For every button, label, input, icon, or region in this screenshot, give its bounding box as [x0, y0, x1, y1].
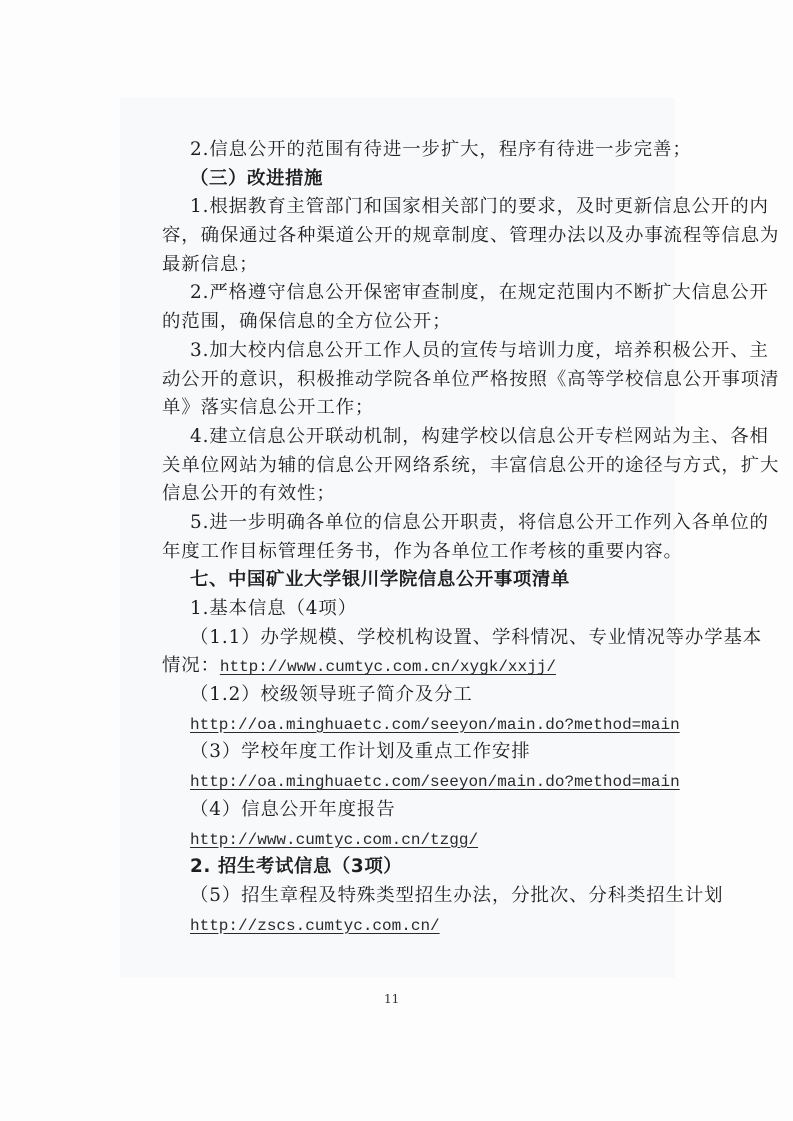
text-line: 最新信息；: [162, 251, 618, 280]
text-line: 5.进一步明确各单位的信息公开职责，将信息公开工作列入各单位的: [162, 509, 618, 538]
link-line: http://zscs.cumtyc.com.cn/: [162, 911, 618, 940]
text-line: （3）学校年度工作计划及重点工作安排: [162, 738, 618, 767]
text-line: 动公开的意识，积极推动学院各单位严格按照《高等学校信息公开事项清: [162, 366, 618, 395]
text-line: 信息公开的有效性；: [162, 480, 618, 509]
text-line: 2.严格遵守信息公开保密审查制度，在规定范围内不断扩大信息公开: [162, 279, 618, 308]
link-line: http://www.cumtyc.com.cn/tzgg/: [162, 825, 618, 854]
url-link[interactable]: http://zscs.cumtyc.com.cn/: [190, 917, 440, 935]
text-line: 容，确保通过各种渠道公开的规章制度、管理办法以及办事流程等信息为: [162, 222, 618, 251]
text-line: 单》落实信息公开工作；: [162, 394, 618, 423]
subsection-heading-admissions: 2. 招生考试信息（3项）: [162, 853, 618, 882]
url-link[interactable]: http://oa.minghuaetc.com/seeyon/main.do?…: [190, 716, 680, 734]
section-heading-improvements: （三）改进措施: [162, 165, 618, 194]
text-line-with-link: 情况：http://www.cumtyc.com.cn/xygk/xxjj/: [162, 652, 618, 681]
link-line: http://oa.minghuaetc.com/seeyon/main.do?…: [162, 710, 618, 739]
text-line: 年度工作目标管理任务书，作为各单位工作考核的重要内容。: [162, 538, 618, 567]
link-line: http://oa.minghuaetc.com/seeyon/main.do?…: [162, 767, 618, 796]
text-line: （1.2）校级领导班子简介及分工: [162, 681, 618, 710]
document-page: 2.信息公开的范围有待进一步扩大，程序有待进一步完善； （三）改进措施 1.根据…: [162, 136, 618, 939]
text-line: 3.加大校内信息公开工作人员的宣传与培训力度，培养积极公开、主: [162, 337, 618, 366]
url-link[interactable]: http://www.cumtyc.com.cn/xygk/xxjj/: [220, 658, 556, 676]
url-link[interactable]: http://www.cumtyc.com.cn/tzgg/: [190, 831, 478, 849]
text-line: 4.建立信息公开联动机制，构建学校以信息公开专栏网站为主、各相: [162, 423, 618, 452]
text-line: 的范围，确保信息的全方位公开；: [162, 308, 618, 337]
text-line: （4）信息公开年度报告: [162, 796, 618, 825]
text-line: 1.根据教育主管部门和国家相关部门的要求，及时更新信息公开的内: [162, 193, 618, 222]
page-number: 11: [384, 992, 399, 1006]
subsection-heading-basic-info: 1.基本信息（4项）: [162, 595, 618, 624]
section-heading-disclosure-list: 七、中国矿业大学银川学院信息公开事项清单: [162, 566, 618, 595]
text-line: （5）招生章程及特殊类型招生办法，分批次、分科类招生计划: [162, 882, 618, 911]
link-prefix: 情况：: [162, 655, 220, 676]
text-line: 2.信息公开的范围有待进一步扩大，程序有待进一步完善；: [162, 136, 618, 165]
text-line: 关单位网站为辅的信息公开网络系统，丰富信息公开的途径与方式，扩大: [162, 452, 618, 481]
text-line: （1.1）办学规模、学校机构设置、学科情况、专业情况等办学基本: [162, 624, 618, 653]
url-link[interactable]: http://oa.minghuaetc.com/seeyon/main.do?…: [190, 773, 680, 791]
